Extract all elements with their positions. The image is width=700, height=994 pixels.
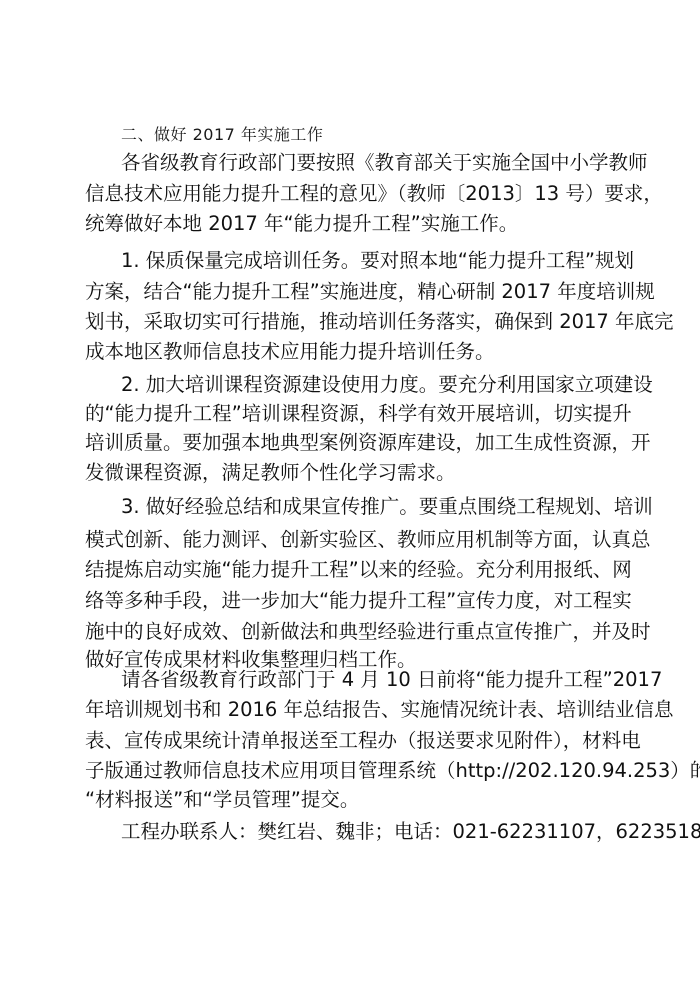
text-line: 3. 做好经验总结和成果宣传推广。要重点围绕工程规划、培训 xyxy=(121,493,600,521)
text-line: 各省级教育行政部门要按照《教育部关于实施全国中小学教师 xyxy=(121,149,600,177)
text-line: 培训质量。要加强本地典型案例资源库建设，加工生成性资源，开 xyxy=(85,429,600,457)
text-line: 发微课程资源，满足教师个性化学习需求。 xyxy=(85,459,600,487)
text-line: 模式创新、能力测评、创新实验区、教师应用机制等方面，认真总 xyxy=(85,526,600,554)
text-line: 请各省级教育行政部门于 4 月 10 日前将“能力提升工程”2017 xyxy=(121,666,600,694)
text-line: 成本地区教师信息技术应用能力提升培训任务。 xyxy=(85,338,600,366)
text-line: 划书，采取切实可行措施，推动培训任务落实，确保到 2017 年底完 xyxy=(85,308,600,336)
text-line: 施中的良好成效、创新做法和典型经验进行重点宣传推广，并及时 xyxy=(85,618,600,646)
text-line: 统筹做好本地 2017 年“能力提升工程”实施工作。 xyxy=(85,210,600,238)
text-line: 络等多种手段，进一步加大“能力提升工程”宣传力度，对工程实 xyxy=(85,587,600,615)
text-line: 方案，结合“能力提升工程”实施进度，精心研制 2017 年度培训规 xyxy=(85,278,600,306)
text-line: 子版通过教师信息技术应用项目管理系统（http://202.120.94.253… xyxy=(85,757,600,785)
text-line: 表、宣传成果统计清单报送至工程办（报送要求见附件），材料电 xyxy=(85,727,600,755)
section-heading: 二、做好 2017 年实施工作 xyxy=(121,124,323,146)
text-line: 信息技术应用能力提升工程的意见》（教师〔2013〕13 号）要求， xyxy=(85,180,600,208)
text-line: “材料报送”和“学员管理”提交。 xyxy=(85,786,600,814)
text-line: 年培训规划书和 2016 年总结报告、实施情况统计表、培训结业信息 xyxy=(85,696,600,724)
document-page: 二、做好 2017 年实施工作 各省级教育行政部门要按照《教育部关于实施全国中小… xyxy=(0,0,700,994)
text-line: 2. 加大培训课程资源建设使用力度。要充分利用国家立项建设 xyxy=(121,371,600,399)
contact-line: 工程办联系人：樊红岩、魏非；电话：021-62231107，62235189； xyxy=(121,818,600,846)
text-line: 结提炼启动实施“能力提升工程”以来的经验。充分利用报纸、网 xyxy=(85,556,600,584)
text-line: 1. 保质保量完成培训任务。要对照本地“能力提升工程”规划 xyxy=(121,247,600,275)
text-line: 的“能力提升工程”培训课程资源，科学有效开展培训，切实提升 xyxy=(85,400,600,428)
